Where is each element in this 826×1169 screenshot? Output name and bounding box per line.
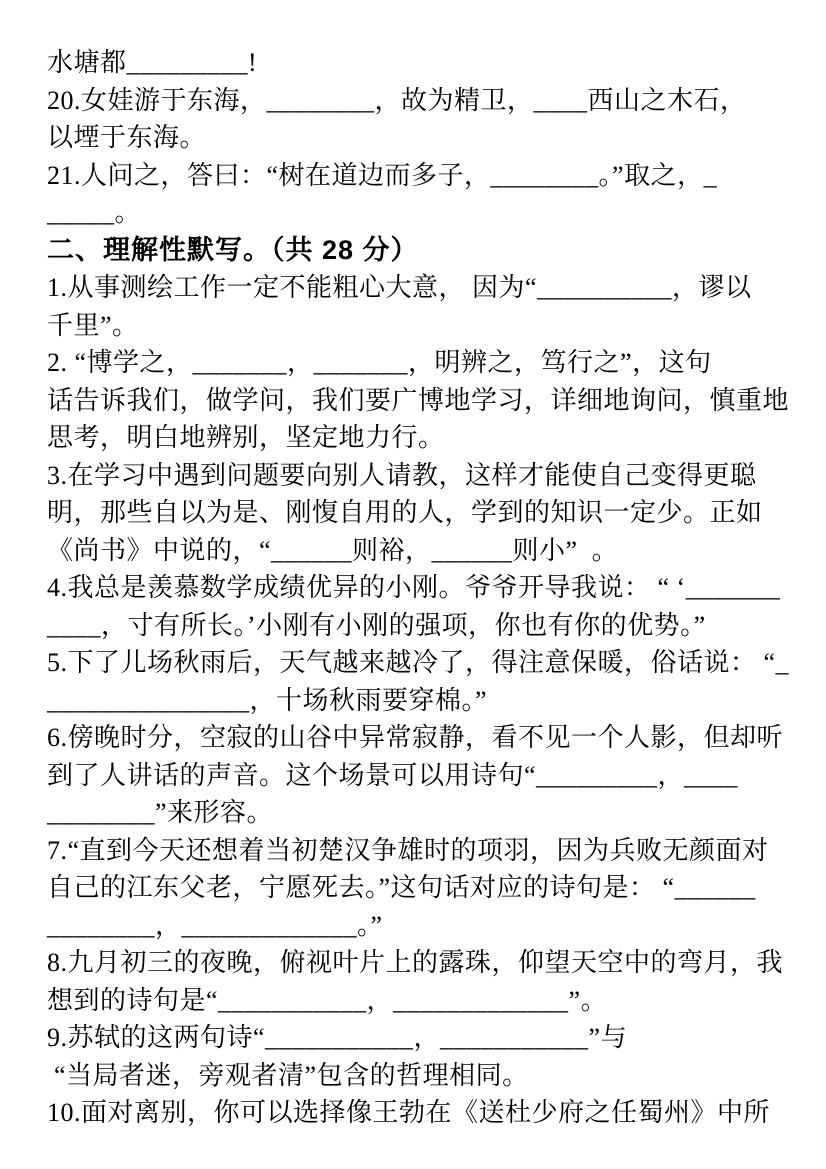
text-line-question-19-tail: 水塘都_________! [47, 44, 792, 82]
section-heading: 二、理解性默写。（共 28 分） [47, 232, 792, 270]
text-line-question-1-cont: 千里”。 [47, 307, 792, 345]
text-line-question-20: 20.女娃游于东海，________，故为精卫，____西山之木石， [47, 82, 792, 120]
text-line-question-3-cont1: 明，那些自以为是、刚愎自用的人，学到的知识一定少。正如 [47, 494, 792, 532]
text-line-question-4: 4.我总是羡慕数学成绩优异的小刚。爷爷开导我说： “ ‘_______ [47, 569, 792, 607]
text-line-question-6-cont2: ________”来形容。 [47, 794, 792, 832]
text-line-question-1: 1.从事测绘工作一定不能粗心大意， 因为“__________，谬以 [47, 269, 792, 307]
text-line-question-5-cont: _______________，十场秋雨要穿棉。” [47, 682, 792, 720]
text-line-question-7: 7.“直到今天还想着当初楚汉争雄时的项羽，因为兵败无颜面对 [47, 832, 792, 870]
text-line-question-7-cont1: 自己的江东父老，宁愿死去。”这句话对应的诗句是： “______ [47, 869, 792, 907]
text-line-question-6: 6.傍晚时分，空寂的山谷中异常寂静，看不见一个人影，但却听 [47, 719, 792, 757]
text-line-question-5: 5.下了儿场秋雨后，天气越来越冷了，得注意保暖，俗话说： “_ [47, 644, 792, 682]
text-line-question-2: 2. “博学之，_______，_______，明辨之，笃行之”，这句 [47, 344, 792, 382]
text-line-question-2-cont2: 思考，明白地辨别，坚定地力行。 [47, 419, 792, 457]
document-page: 水塘都_________! 20.女娃游于东海，________，故为精卫，__… [0, 0, 826, 1169]
text-line-question-20-cont: 以堙于东海。 [47, 119, 792, 157]
text-line-question-3: 3.在学习中遇到问题要向别人请教，这样才能使自己变得更聪 [47, 457, 792, 495]
text-line-question-9: 9.苏轼的这两句诗“___________，___________”与 [47, 1019, 792, 1057]
text-line-question-3-cont2: 《尚书》中说的，“______则裕，______则小” 。 [47, 532, 792, 570]
text-line-question-9-cont: “当局者迷，旁观者清”包含的哲理相同。 [47, 1057, 792, 1095]
text-line-question-10: 10.面对离别，你可以选择像王勃在《送杜少府之任蜀州》中所 [47, 1094, 792, 1132]
text-line-question-21: 21.人问之，答曰：“树在道边而多子，________。”取之，_ [47, 157, 792, 195]
text-line-question-8: 8.九月初三的夜晚，俯视叶片上的露珠，仰望天空中的弯月，我 [47, 944, 792, 982]
text-line-question-6-cont1: 到了人讲话的声音。这个场景可以用诗句“_________，____ [47, 757, 792, 795]
text-line-question-8-cont: 想到的诗句是“___________，_____________”。 [47, 982, 792, 1020]
text-line-question-4-cont: ____，寸有所长。’小刚有小刚的强项，你也有你的优势。” [47, 607, 792, 645]
text-line-question-21-cont: _____。 [47, 194, 792, 232]
text-line-question-2-cont1: 话告诉我们，做学问，我们要广博地学习，详细地询问，慎重地 [47, 382, 792, 420]
text-line-question-7-cont2: ________，_____________。” [47, 907, 792, 945]
